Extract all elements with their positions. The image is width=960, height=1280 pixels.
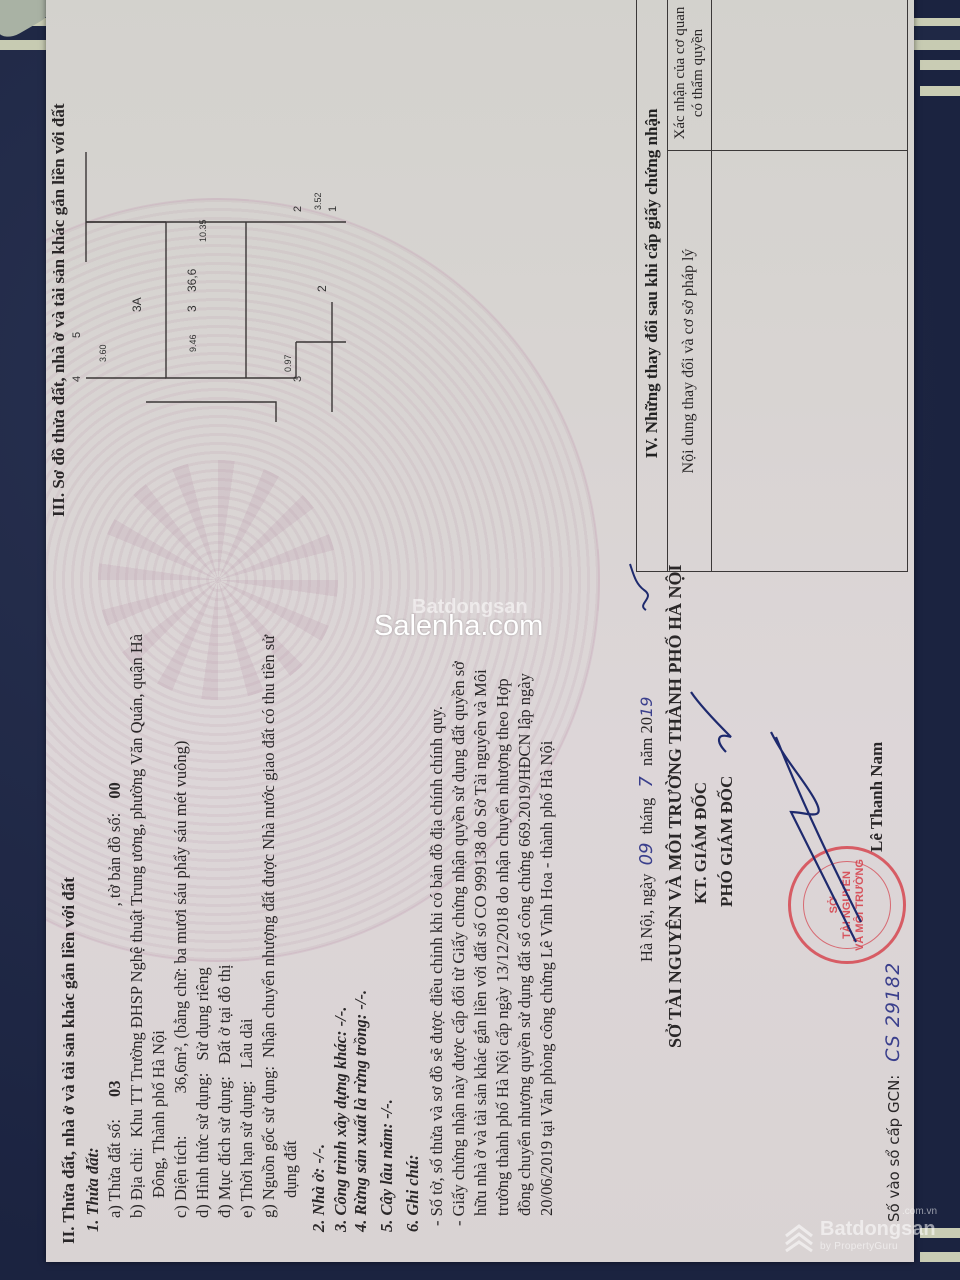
sketch-point: 1 xyxy=(327,206,339,212)
origin-row: g) Nguồn gốc sử dụng: Nhận chuyển nhượng… xyxy=(258,635,280,1218)
table-divider xyxy=(711,150,907,151)
notes-heading: 6. Ghi chú: xyxy=(402,1155,424,1232)
usage-form-label: d) Hình thức sử dụng: xyxy=(193,1073,212,1218)
purpose-label: đ) Mục đích sử dụng: xyxy=(215,1076,234,1218)
registry-number-handwritten: CS 29182 xyxy=(882,962,904,1062)
parcel-number: 03 xyxy=(105,1080,124,1097)
purpose-row: đ) Mục đích sử dụng: Đất ở tại đô thị xyxy=(214,965,236,1218)
address-line-1: Khu TT Trường ĐHSP Nghệ thuật Trung ương… xyxy=(127,634,146,1137)
sketch-edge: 10.35 xyxy=(198,219,208,242)
sketch-point: 2 xyxy=(292,206,304,212)
sketch-edge: 0.97 xyxy=(283,354,293,372)
date-prefix: Hà Nội, ngày xyxy=(637,874,656,962)
fabric-stripe xyxy=(920,86,960,96)
signer-name: Lê Thanh Nam xyxy=(866,742,888,852)
perennial-trees-item: 5. Cây lâu năm: -/-. xyxy=(376,1099,398,1232)
batdongsan-domain: .com.vn xyxy=(902,1206,937,1217)
address-row: b) Địa chỉ: Khu TT Trường ĐHSP Nghệ thuậ… xyxy=(126,634,148,1218)
parcel-number-label: 3 xyxy=(185,305,199,312)
changes-column-header: Nội dung thay đổi và cơ sở pháp lý xyxy=(667,150,712,571)
sketch-point: 3 xyxy=(292,376,304,382)
note-line: - Số tờ, số thửa và sơ đồ sẽ được điều c… xyxy=(426,706,448,1226)
parcel-label: a) Thửa đất số: xyxy=(105,1119,124,1218)
registry-row: Số vào sổ cấp GCN: CS 29182 xyxy=(882,962,905,1222)
area-row: c) Diện tích: 36,6m², (bằng chữ: ba mươi… xyxy=(170,741,192,1218)
authority-confirmation-header: Xác nhận của cơ quan có thẩm quyền xyxy=(667,0,712,150)
note-line: - Giấy chứng nhận này được cấp đổi từ Gi… xyxy=(448,661,470,1226)
note-line: 20/06/2019 tại Văn phòng công chứng Lê V… xyxy=(536,741,558,1216)
origin-line-1: Nhận chuyển nhượng đất được Nhà nước gia… xyxy=(259,635,278,1058)
sketch-edge: 3.52 xyxy=(313,192,323,210)
year-label: năm 20 xyxy=(637,717,656,766)
parcel-row: a) Thửa đất số: 03 , tờ bản đồ số: 00 xyxy=(104,782,126,1218)
production-forest-item: 4. Rừng sản xuất là rừng trồng: -/-. xyxy=(350,990,372,1232)
registry-label: Số vào sổ cấp GCN: xyxy=(885,1075,903,1222)
term-row: e) Thời hạn sử dụng: Lâu dài xyxy=(236,1019,258,1219)
house-item: 2. Nhà ở: -/-. xyxy=(308,1144,330,1232)
area-label: c) Diện tích: xyxy=(171,1136,190,1218)
salenha-watermark: Salenha.com xyxy=(374,610,543,643)
handwritten-signature xyxy=(736,722,886,962)
signer-position: PHÓ GIÁM ĐỐC xyxy=(716,776,738,907)
issue-year-suffix: 19 xyxy=(637,697,656,717)
authority-header-line: có thẩm quyền xyxy=(689,29,707,117)
address-label: b) Địa chỉ: xyxy=(127,1147,146,1218)
sketch-edge: 3.60 xyxy=(98,344,108,362)
address-line-2: Đông, Thành phố Hà Nội xyxy=(148,1030,170,1198)
sketch-point: 4 xyxy=(71,376,83,382)
usage-form-row: d) Hình thức sử dụng: Sử dụng riêng xyxy=(192,967,214,1218)
usage-form-value: Sử dụng riêng xyxy=(193,967,212,1060)
term-value: Lâu dài xyxy=(237,1019,256,1069)
batdongsan-brand: Batdongsan xyxy=(820,1218,936,1240)
fabric-stripe xyxy=(920,1252,960,1262)
fabric-stripe xyxy=(920,60,960,70)
origin-line-2: dụng đất xyxy=(280,1141,302,1198)
sketch-edge: 9.46 xyxy=(188,334,198,352)
on-behalf-of: KT. GIÁM ĐỐC xyxy=(690,782,712,904)
neighbor-parcel-label: 3A xyxy=(130,297,144,312)
origin-label: g) Nguồn gốc sử dụng: xyxy=(259,1066,278,1218)
neighbor-parcel-label: 2 xyxy=(315,285,329,292)
note-line: đồng chuyển nhượng quyền sử dụng đất số … xyxy=(514,673,536,1216)
section-iv-table: IV. Những thay đổi sau khi cấp giấy chứn… xyxy=(636,0,908,572)
section-ii-title: II. Thửa đất, nhà ở và tài sản khác gắn … xyxy=(58,877,80,1244)
batdongsan-watermark-corner: .com.vn Batdongsan by PropertyGuru xyxy=(820,1218,936,1252)
land-heading: 1. Thửa đất: xyxy=(82,1147,104,1232)
parcel-area-label: 36,6 xyxy=(185,268,199,292)
note-line: hữu nhà ở và tài sản khác gắn liền với đ… xyxy=(470,669,492,1216)
map-sheet-label: , tờ bản đồ số: xyxy=(105,813,124,907)
section-iv-title: IV. Những thay đổi sau khi cấp giấy chứn… xyxy=(637,0,668,571)
propertyguru-tagline: by PropertyGuru xyxy=(820,1241,936,1252)
note-line: trường thành phố Hà Nội cấp ngày 13/12/2… xyxy=(492,678,514,1216)
issue-day: 09 xyxy=(636,843,657,866)
issue-month: 7 xyxy=(636,776,657,787)
sketch-point: 5 xyxy=(71,332,83,338)
parcel-sketch: 1 2 3 4 5 3.52 0.97 9.46 3.60 10.35 3 36… xyxy=(46,142,366,442)
issue-date: Hà Nội, ngày 09 tháng 7 năm 2019 xyxy=(636,697,658,962)
term-label: e) Thời hạn sử dụng: xyxy=(237,1081,256,1218)
issuing-agency: SỞ TÀI NGUYÊN VÀ MÔI TRƯỜNG THÀNH PHỐ HÀ… xyxy=(664,564,686,1048)
area-value: 36,6m², (bằng chữ: ba mươi sáu phẩy sáu … xyxy=(171,741,190,1094)
month-label: tháng xyxy=(637,798,656,835)
batdongsan-logo-icon xyxy=(782,1220,816,1254)
initial-mark xyxy=(686,687,746,757)
purpose-value: Đất ở tại đô thị xyxy=(215,965,234,1064)
map-sheet-number: 00 xyxy=(105,782,124,799)
authority-header-line: Xác nhận của cơ quan xyxy=(671,7,689,140)
other-construction-item: 3. Công trình xây dựng khác: -/-. xyxy=(330,1007,352,1232)
